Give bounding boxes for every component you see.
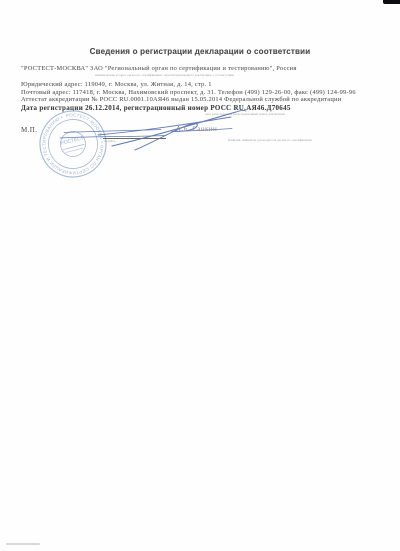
document-title: Сведения о регистрации декларации о соот… [0, 47, 400, 56]
signatory-name: А.Б. Санкин [176, 125, 217, 133]
signature-underline [103, 138, 166, 139]
scan-artifact-top-right [383, 0, 400, 4]
scan-artifact-bottom-left [6, 543, 40, 545]
certification-body-line: "РОСТЕСТ-МОСКВА" ЗАО "Региональный орган… [21, 65, 386, 72]
signatory-name-caption: фамилия, инициалы руководителя органа по… [228, 139, 312, 142]
legal-address-line: Юридический адрес: 119049, г. Москва, ул… [21, 81, 386, 88]
signature-caption: подпись [104, 140, 116, 143]
scanned-document-page: Сведения о регистрации декларации о соот… [0, 0, 400, 551]
accreditation-line: Аттестат аккредитации № РОСС RU.0001.10А… [21, 96, 386, 103]
certification-body-caption: наименование и адрес органа по сертифика… [95, 74, 234, 77]
postal-address-line: Почтовый адрес: 117418, г. Москва, Нахим… [21, 89, 386, 96]
